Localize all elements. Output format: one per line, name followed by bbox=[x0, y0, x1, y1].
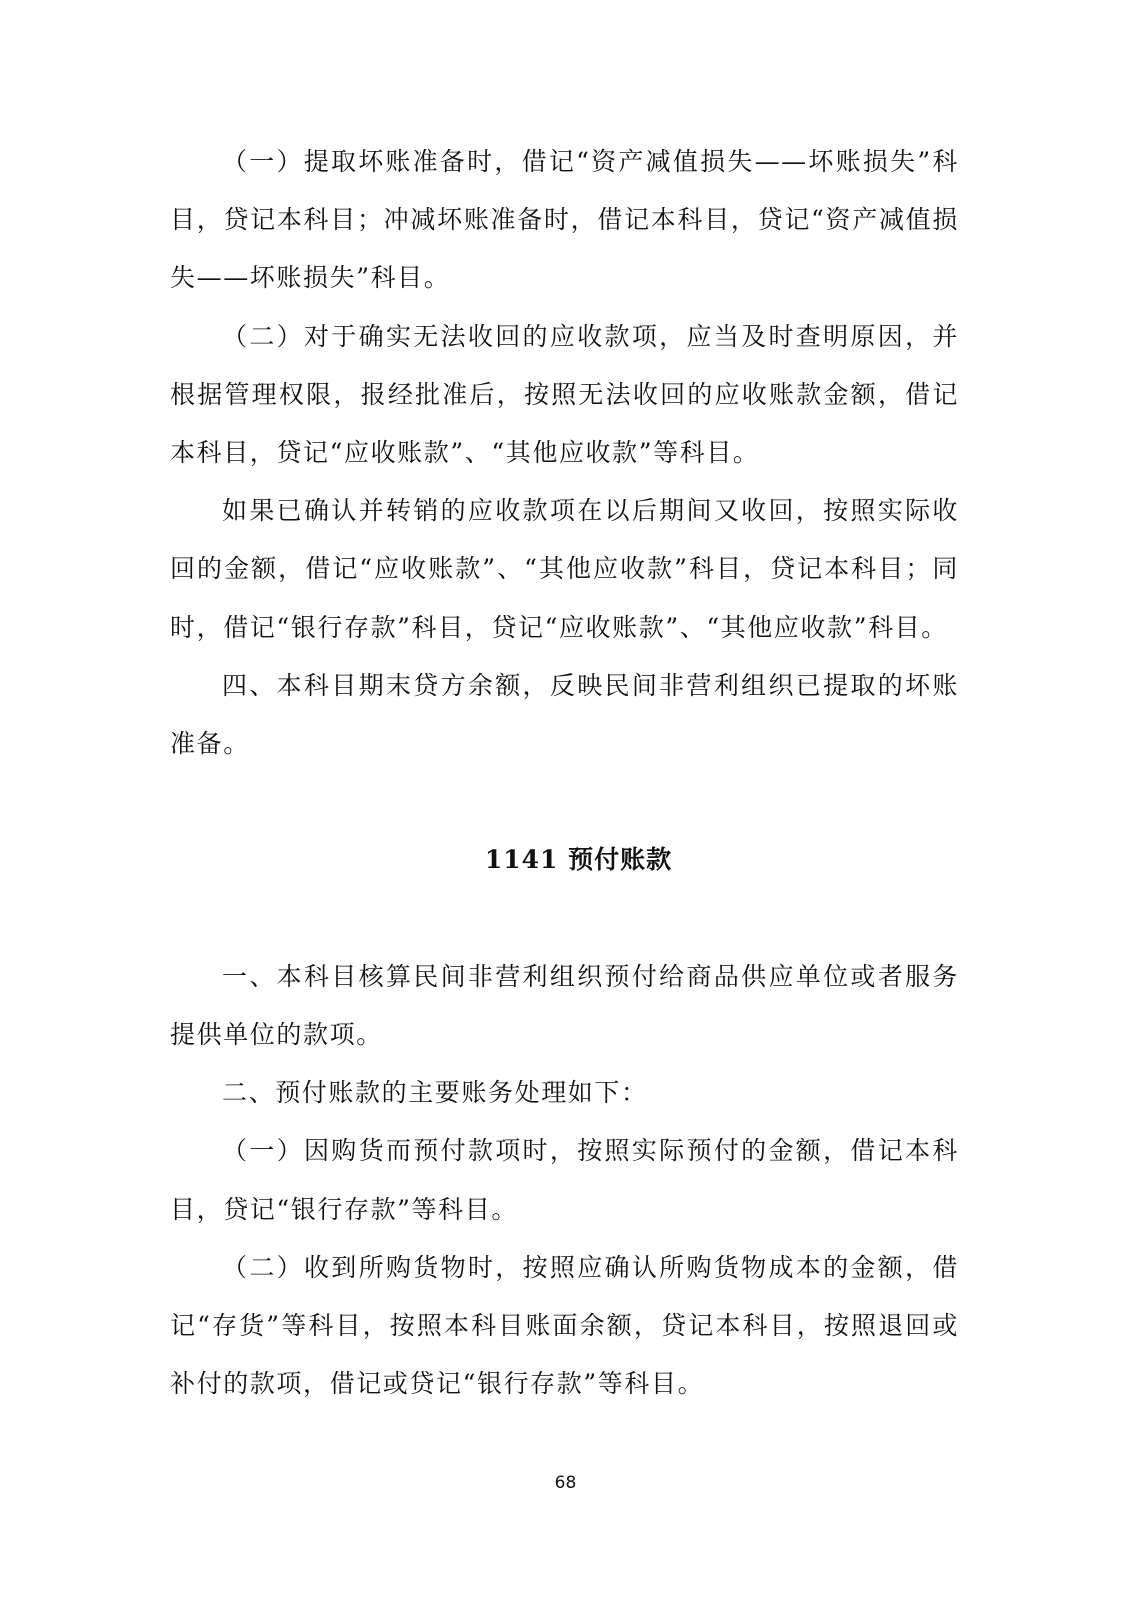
section-heading: 1141 预付账款 bbox=[170, 773, 959, 948]
paragraph-main-treatment-intro: 二、预付账款的主要账务处理如下： bbox=[170, 1064, 959, 1122]
paragraph-uncollectible-writeoff: （二）对于确实无法收回的应收款项，应当及时查明原因，并根据管理权限，报经批准后，… bbox=[170, 308, 959, 483]
paragraph-recovery-after-writeoff: 如果已确认并转销的应收款项在以后期间又收回，按照实际收回的金额，借记“应收账款”… bbox=[170, 482, 959, 657]
paragraph-scope: 一、本科目核算民间非营利组织预付给商品供应单位或者服务提供单位的款项。 bbox=[170, 948, 959, 1064]
page-number: 68 bbox=[0, 1473, 1131, 1493]
paragraph-bad-debt-provision-entry: （一）提取坏账准备时，借记“资产减值损失——坏账损失”科目，贷记本科目；冲减坏账… bbox=[170, 133, 959, 308]
document-page: （一）提取坏账准备时，借记“资产减值损失——坏账损失”科目，贷记本科目；冲减坏账… bbox=[170, 133, 959, 1413]
section-heading-text: 1141 预付账款 bbox=[198, 831, 959, 889]
paragraph-prepayment-entry: （一）因购货而预付款项时，按照实际预付的金额，借记本科目，贷记“银行存款”等科目… bbox=[170, 1122, 959, 1238]
paragraph-goods-received-entry: （二）收到所购货物时，按照应确认所购货物成本的金额，借记“存货”等科目，按照本科… bbox=[170, 1239, 959, 1414]
paragraph-ending-balance: 四、本科目期末贷方余额，反映民间非营利组织已提取的坏账准备。 bbox=[170, 657, 959, 773]
